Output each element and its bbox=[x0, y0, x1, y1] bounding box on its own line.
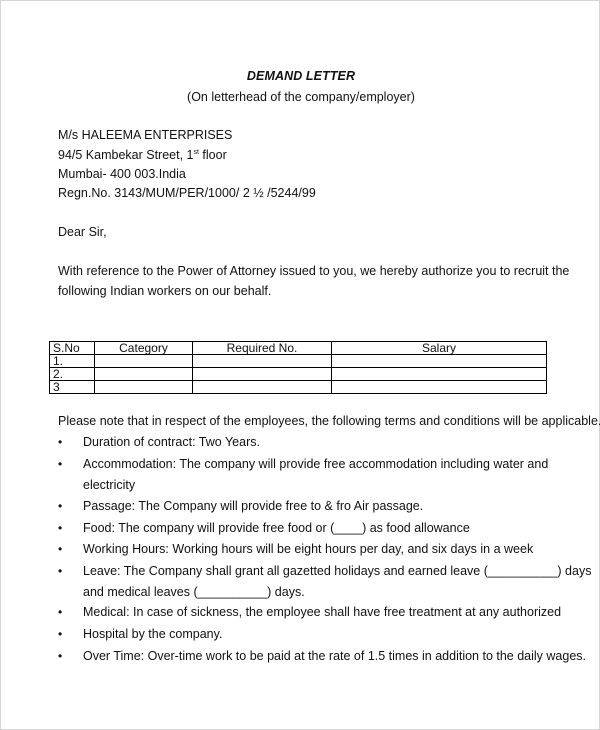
cell-category bbox=[95, 368, 193, 381]
cell-required-no bbox=[193, 381, 332, 394]
recipient-street: 94/5 Kambekar Street, 1st floor bbox=[58, 148, 227, 162]
cell-salary bbox=[332, 381, 547, 394]
terms-intro: Please note that in respect of the emplo… bbox=[58, 414, 600, 428]
document-subtitle: (On letterhead of the company/employer) bbox=[1, 90, 600, 104]
document-title: DEMAND LETTER bbox=[1, 69, 600, 83]
table-row: 3 bbox=[50, 381, 547, 394]
bullet-icon: • bbox=[58, 646, 68, 667]
header-salary: Salary bbox=[332, 342, 547, 355]
bullet-icon: • bbox=[58, 496, 68, 517]
table-row: 1. bbox=[50, 355, 547, 368]
cell-required-no bbox=[193, 368, 332, 381]
bullet-icon: • bbox=[58, 561, 68, 582]
cell-required-no bbox=[193, 355, 332, 368]
cell-sno: 1. bbox=[50, 355, 95, 368]
salutation: Dear Sir, bbox=[58, 225, 107, 239]
recipient-registration: Regn.No. 3143/MUM/PER/1000/ 2 ½ /5244/99 bbox=[58, 186, 316, 200]
recipient-city: Mumbai- 400 003.India bbox=[58, 167, 186, 181]
cell-salary bbox=[332, 368, 547, 381]
bullet-icon: • bbox=[58, 624, 68, 645]
recipient-name: M/s HALEEMA ENTERPRISES bbox=[58, 128, 232, 142]
bullet-icon: • bbox=[58, 539, 68, 560]
table-row: 2. bbox=[50, 368, 547, 381]
bullet-icon: • bbox=[58, 518, 68, 539]
cell-category bbox=[95, 355, 193, 368]
table-header-row: S.No Category Required No. Salary bbox=[50, 342, 547, 355]
document-page: DEMAND LETTER (On letterhead of the comp… bbox=[0, 0, 600, 730]
cell-sno: 2. bbox=[50, 368, 95, 381]
worker-category-table: S.No Category Required No. Salary 1. 2. … bbox=[49, 341, 547, 394]
cell-category bbox=[95, 381, 193, 394]
bullet-icon: • bbox=[58, 432, 68, 453]
body-paragraph: With reference to the Power of Attorney … bbox=[58, 261, 545, 301]
cell-salary bbox=[332, 355, 547, 368]
header-required-no: Required No. bbox=[193, 342, 332, 355]
cell-sno: 3 bbox=[50, 381, 95, 394]
header-sno: S.No bbox=[50, 342, 95, 355]
bullet-icon: • bbox=[58, 454, 68, 475]
header-category: Category bbox=[95, 342, 193, 355]
bullet-icon: • bbox=[58, 602, 68, 623]
